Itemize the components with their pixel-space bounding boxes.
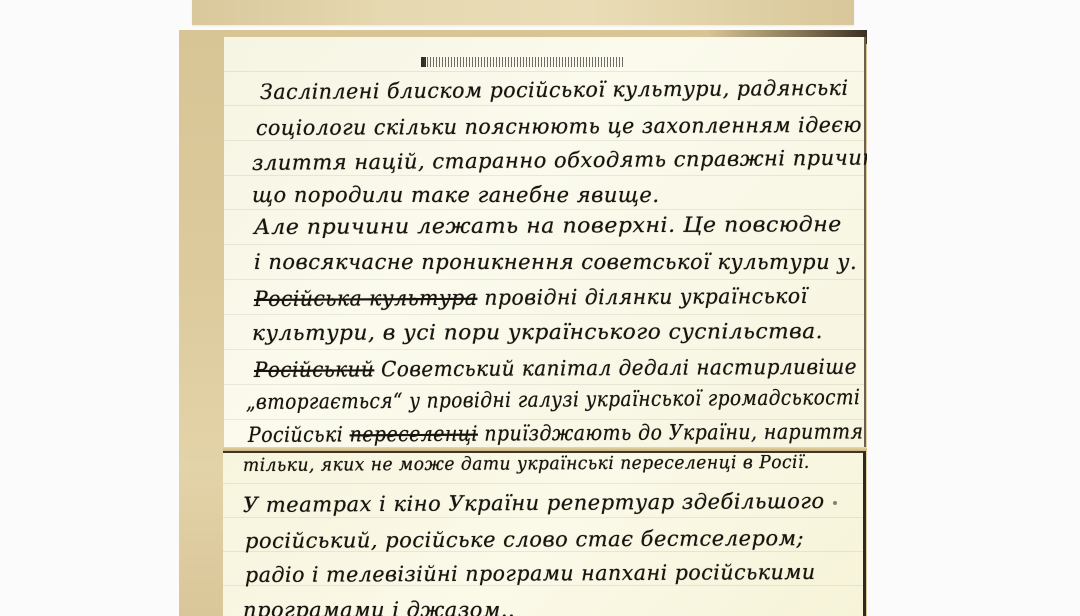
manuscript-line-1: Засліплені блиском російської культури, … xyxy=(260,76,849,104)
manuscript-line-9: Російський Советський капітал дедалі нас… xyxy=(254,355,857,382)
manuscript-line-12: тільки, яких не може дати українські пер… xyxy=(243,452,810,476)
line-text: програмами і джазом.. xyxy=(243,598,515,616)
ruled-line xyxy=(224,175,864,176)
barcode-strip xyxy=(424,57,624,67)
ruled-line xyxy=(224,349,864,350)
line-text: Советський капітал дедалі настирливіше xyxy=(381,355,857,382)
ruled-line xyxy=(224,384,864,385)
line-text: радіо і телевізійні програми напхані рос… xyxy=(245,560,816,587)
line-text: соціологи скільки пояснюють це захопленн… xyxy=(256,113,862,140)
manuscript-line-13: У театрах і кіно України репертуар здебі… xyxy=(243,489,825,517)
ruled-line xyxy=(224,140,864,141)
line-text: „вторгається“ у провідні галузі українсь… xyxy=(246,385,860,414)
manuscript-line-10: „вторгається“ у провідні галузі українсь… xyxy=(246,385,860,414)
line-text: Засліплені блиском російської культури, … xyxy=(260,76,849,104)
line-text: російський, російське слово стає бестсел… xyxy=(245,526,804,553)
ruled-line xyxy=(224,105,864,106)
line-text: приїзджають до України, нариття xyxy=(484,419,863,445)
manuscript-line-15: радіо і телевізійні програми напхані рос… xyxy=(245,560,816,587)
manuscript-line-6: і повсякчасне проникнення советської кул… xyxy=(254,250,857,274)
line-text: злиття націй, старанно обходять справжні… xyxy=(252,145,867,175)
upper-sheet: Засліплені блиском російської культури, … xyxy=(224,37,866,450)
manuscript-line-16: програмами і джазом.. xyxy=(243,598,515,616)
manuscript-line-8: культури, в усі пори українського суспіл… xyxy=(252,319,823,345)
manuscript-scan: Засліплені блиском російської культури, … xyxy=(179,30,867,616)
struck-text: Російський xyxy=(254,357,374,382)
line-text: У театрах і кіно України репертуар здебі… xyxy=(243,489,825,517)
ruled-line xyxy=(223,517,863,518)
ruled-line xyxy=(223,483,863,484)
line-text: тільки, яких не може дати українські пер… xyxy=(243,452,810,476)
struck-text: переселенці xyxy=(350,422,478,447)
manuscript-line-5: Але причини лежать на поверхні. Це повсю… xyxy=(254,212,842,239)
line-text: і повсякчасне проникнення советської кул… xyxy=(254,250,857,274)
line-text: що породили таке ганебне явище. xyxy=(252,183,660,207)
ruled-line xyxy=(224,209,864,210)
line-text: культури, в усі пори українського суспіл… xyxy=(252,319,823,345)
manuscript-line-4: що породили таке ганебне явище. xyxy=(252,183,660,207)
ruled-line xyxy=(224,71,864,72)
line-text: Але причини лежать на поверхні. Це повсю… xyxy=(254,212,842,239)
ruled-line xyxy=(224,314,864,315)
manuscript-line-3: злиття націй, старанно обходять справжні… xyxy=(252,145,867,175)
line-text: Російські xyxy=(248,422,343,447)
manuscript-line-11: Російські переселенці приїзджають до Укр… xyxy=(248,419,864,447)
line-text: провідні ділянки української xyxy=(484,284,807,310)
previous-page-scan-edge xyxy=(192,0,854,25)
manuscript-line-7: Російська культура провідні ділянки укра… xyxy=(254,284,808,311)
lower-sheet: тільки, яких не може дати українські пер… xyxy=(223,451,866,616)
struck-text: Російська культура xyxy=(254,286,478,311)
ink-speck xyxy=(833,501,837,505)
ruled-line xyxy=(224,279,864,280)
manuscript-line-2: соціологи скільки пояснюють це захопленн… xyxy=(256,113,862,140)
manuscript-line-14: російський, російське слово стає бестсел… xyxy=(245,526,804,553)
ruled-line xyxy=(224,244,864,245)
